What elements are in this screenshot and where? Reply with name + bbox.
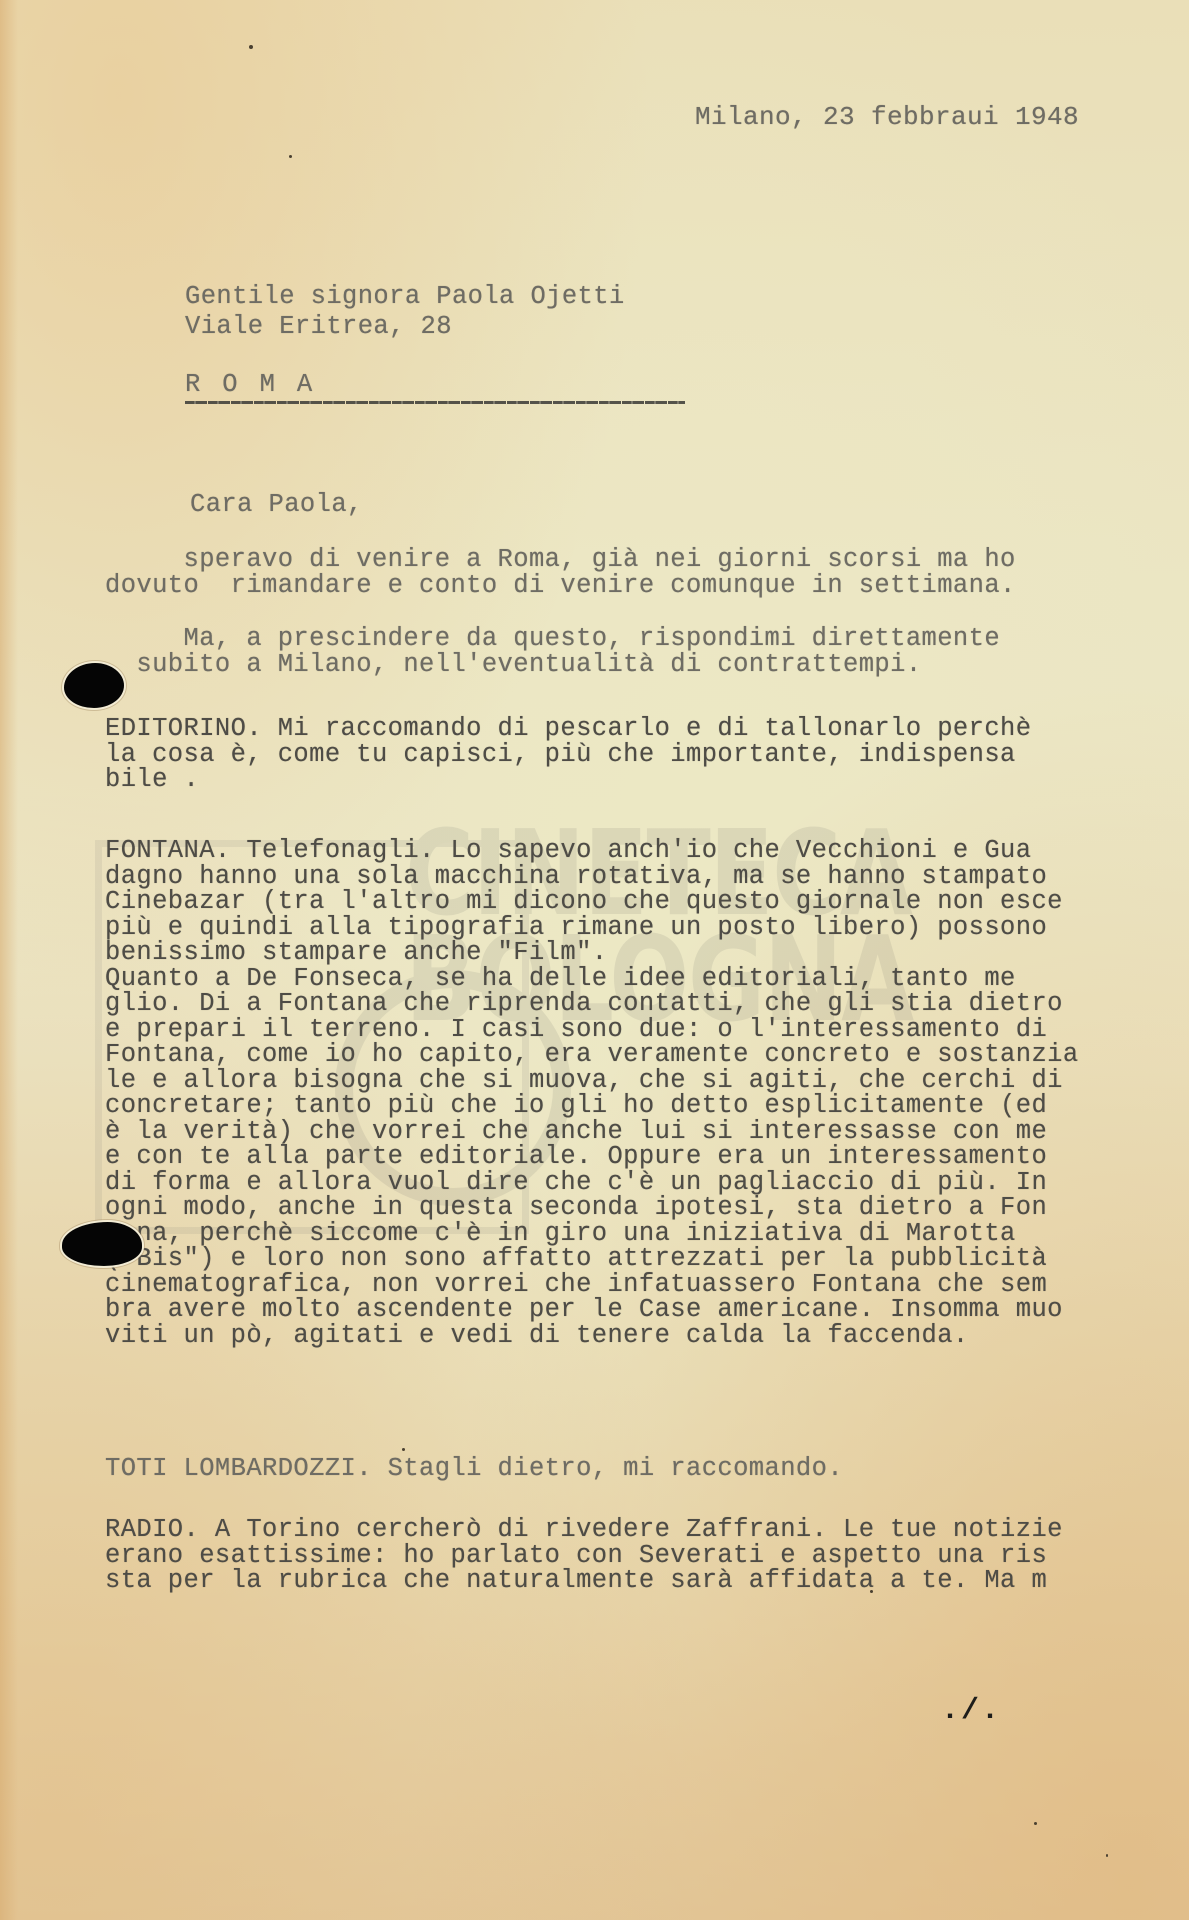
punch-hole-lower <box>62 1222 142 1266</box>
recipient-name: Gentile signora Paola Ojetti <box>185 282 625 311</box>
punch-hole-upper <box>64 663 124 708</box>
paragraph-reply: Ma, a prescindere da questo, rispondimi … <box>105 626 1000 677</box>
letter-page: CINETECA BOLOGNA Milano, 23 febbraui 194… <box>0 0 1189 1920</box>
paper-speck <box>1106 1854 1108 1857</box>
paragraph-fontana: FONTANA. Telefonagli. Lo sapevo anch'io … <box>105 838 1079 1348</box>
recipient-address: Gentile signora Paola Ojetti Viale Eritr… <box>185 282 625 342</box>
paper-speck <box>289 155 292 158</box>
recipient-street: Viale Eritrea, 28 <box>185 312 452 341</box>
paragraph-intro: speravo di venire a Roma, già nei giorni… <box>105 547 1016 598</box>
paper-speck <box>249 45 253 49</box>
recipient-city: ROMA <box>185 372 334 398</box>
paragraph-toti-lombardozzi: TOTI LOMBARDOZZI. Stagli dietro, mi racc… <box>105 1456 843 1482</box>
paper-speck <box>1034 1822 1037 1825</box>
dateline: Milano, 23 febbraui 1948 <box>695 104 1079 130</box>
paper-speck <box>402 1448 405 1451</box>
paragraph-editorino: EDITORINO. Mi raccomando di pescarlo e d… <box>105 716 1031 793</box>
salutation: Cara Paola, <box>190 492 363 518</box>
paper-speck <box>870 1590 873 1593</box>
continuation-mark: ./. <box>941 1694 1001 1728</box>
paper-edge-stain <box>0 0 18 1920</box>
city-underline <box>185 401 685 404</box>
paragraph-radio: RADIO. A Torino cercherò di rivedere Zaf… <box>105 1517 1063 1594</box>
